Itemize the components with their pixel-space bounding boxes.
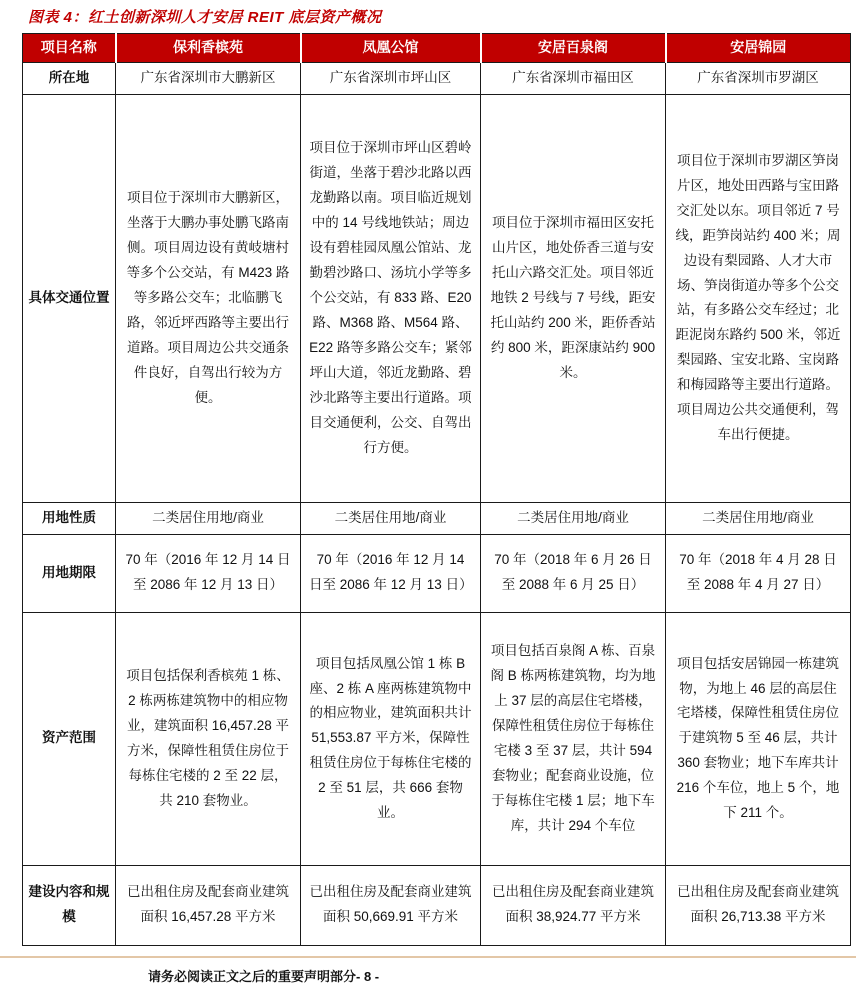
table-row-traffic: 具体交通位置 项目位于深圳市大鹏新区，坐落于大鹏办事处鹏飞路南侧。项目周边设有黄…	[23, 94, 851, 502]
table-header-row: 项目名称 保利香槟苑 凤凰公馆 安居百泉阁 安居锦园	[23, 34, 851, 63]
table-cell: 70 年（2016 年 12 月 14 日至 2086 年 12 月 13 日）	[301, 534, 481, 612]
page-number: - 8 -	[356, 969, 379, 984]
table-cell: 已出租住房及配套商业建筑面积 16,457.28 平方米	[116, 865, 301, 945]
table-cell: 项目包括凤凰公馆 1 栋 B 座、2 栋 A 座两栋建筑物中的相应物业，建筑面积…	[301, 612, 481, 865]
row-label-location: 所在地	[23, 63, 116, 95]
table-cell: 项目位于深圳市坪山区碧岭街道，坐落于碧沙北路以西龙勤路以南。项目临近规划中的 1…	[301, 94, 481, 502]
table-cell: 二类居住用地/商业	[666, 502, 851, 534]
table-cell: 项目包括百泉阁 A 栋、百泉阁 B 栋两栋建筑物，均为地上 37 层的高层住宅塔…	[481, 612, 666, 865]
table-row-construction: 建设内容和规模 已出租住房及配套商业建筑面积 16,457.28 平方米 已出租…	[23, 865, 851, 945]
header-poly-champagne: 保利香槟苑	[116, 34, 301, 63]
footer-disclaimer-text: 请务必阅读正文之后的重要声明部分	[148, 969, 356, 984]
header-project-name: 项目名称	[23, 34, 116, 63]
asset-overview-table: 项目名称 保利香槟苑 凤凰公馆 安居百泉阁 安居锦园 所在地 广东省深圳市大鹏新…	[22, 33, 851, 946]
table-cell: 二类居住用地/商业	[301, 502, 481, 534]
table-cell: 已出租住房及配套商业建筑面积 38,924.77 平方米	[481, 865, 666, 945]
table-cell: 项目包括安居锦园一栋建筑物，为地上 46 层的高层住宅塔楼，保障性租赁住房位于建…	[666, 612, 851, 865]
footer-disclaimer: 请务必阅读正文之后的重要声明部分- 8 -	[148, 966, 379, 985]
table-cell: 70 年（2016 年 12 月 14 日至 2086 年 12 月 13 日）	[116, 534, 301, 612]
table-cell: 已出租住房及配套商业建筑面积 50,669.91 平方米	[301, 865, 481, 945]
row-label-land-term: 用地期限	[23, 534, 116, 612]
table-cell: 二类居住用地/商业	[481, 502, 666, 534]
table-cell: 广东省深圳市罗湖区	[666, 63, 851, 95]
table-cell: 广东省深圳市大鹏新区	[116, 63, 301, 95]
row-label-traffic: 具体交通位置	[23, 94, 116, 502]
row-label-construction: 建设内容和规模	[23, 865, 116, 945]
footer-divider	[0, 956, 856, 958]
table-cell: 项目位于深圳市大鹏新区，坐落于大鹏办事处鹏飞路南侧。项目周边设有黄岐塘村等多个公…	[116, 94, 301, 502]
report-page: 图表 4：红土创新深圳人才安居 REIT 底层资产概况 项目名称 保利香槟苑 凤…	[0, 0, 856, 991]
table-cell: 70 年（2018 年 4 月 28 日至 2088 年 4 月 27 日）	[666, 534, 851, 612]
row-label-asset-scope: 资产范围	[23, 612, 116, 865]
table-cell: 70 年（2018 年 6 月 26 日至 2088 年 6 月 25 日）	[481, 534, 666, 612]
table-row-land-term: 用地期限 70 年（2016 年 12 月 14 日至 2086 年 12 月 …	[23, 534, 851, 612]
row-label-land-use: 用地性质	[23, 502, 116, 534]
table-row-asset-scope: 资产范围 项目包括保利香槟苑 1 栋、2 栋两栋建筑物中的相应物业，建筑面积 1…	[23, 612, 851, 865]
table-cell: 二类居住用地/商业	[116, 502, 301, 534]
table-row-location: 所在地 广东省深圳市大鹏新区 广东省深圳市坪山区 广东省深圳市福田区 广东省深圳…	[23, 63, 851, 95]
header-anju-jinyuan: 安居锦园	[666, 34, 851, 63]
figure-title: 图表 4：红土创新深圳人才安居 REIT 底层资产概况	[28, 6, 382, 27]
header-phoenix-mansion: 凤凰公馆	[301, 34, 481, 63]
table-cell: 广东省深圳市福田区	[481, 63, 666, 95]
table-cell: 已出租住房及配套商业建筑面积 26,713.38 平方米	[666, 865, 851, 945]
table-cell: 广东省深圳市坪山区	[301, 63, 481, 95]
table-row-land-use: 用地性质 二类居住用地/商业 二类居住用地/商业 二类居住用地/商业 二类居住用…	[23, 502, 851, 534]
table-cell: 项目位于深圳市罗湖区笋岗片区，地处田西路与宝田路交汇处以东。项目邻近 7 号线，…	[666, 94, 851, 502]
header-anju-baiquange: 安居百泉阁	[481, 34, 666, 63]
table-cell: 项目位于深圳市福田区安托山片区，地处侨香三道与安托山六路交汇处。项目邻近地铁 2…	[481, 94, 666, 502]
table-cell: 项目包括保利香槟苑 1 栋、2 栋两栋建筑物中的相应物业，建筑面积 16,457…	[116, 612, 301, 865]
